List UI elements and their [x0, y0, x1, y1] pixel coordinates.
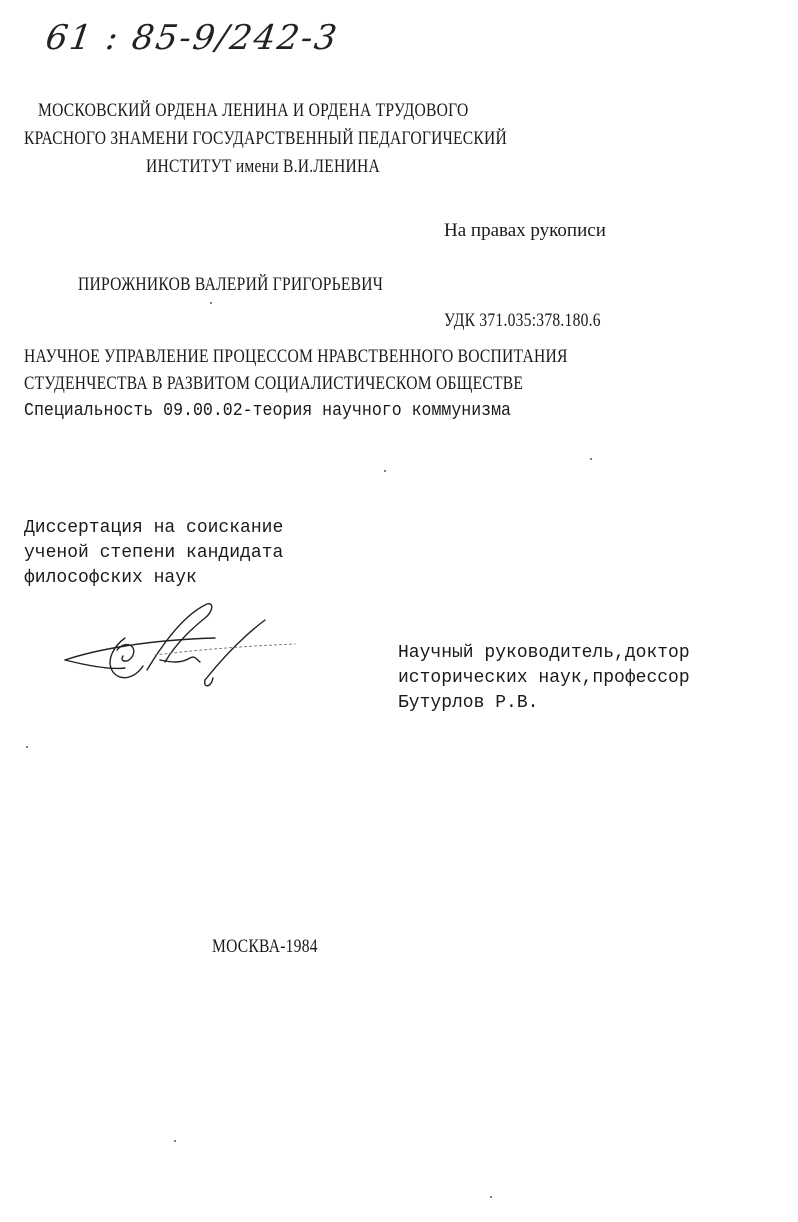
dissertation-line-1: Диссертация на соискание [24, 516, 283, 541]
title-line-2: СТУДЕНЧЕСТВА В РАЗВИТОМ СОЦИАЛИСТИЧЕСКОМ… [24, 373, 523, 395]
archive-code: 61 : 85-9/242-3 [43, 18, 341, 58]
city-year: МОСКВА-1984 [212, 936, 318, 958]
signature-image [55, 600, 315, 700]
scan-speck [384, 470, 386, 472]
scan-speck [174, 1140, 176, 1142]
title-line-1: НАУЧНОЕ УПРАВЛЕНИЕ ПРОЦЕССОМ НРАВСТВЕННО… [24, 346, 568, 368]
institution-line-1: МОСКОВСКИЙ ОРДЕНА ЛЕНИНА И ОРДЕНА ТРУДОВ… [38, 100, 468, 122]
scan-speck [490, 1196, 492, 1198]
dissertation-line-2: ученой степени кандидата [24, 541, 283, 566]
institution-line-2: КРАСНОГО ЗНАМЕНИ ГОСУДАРСТВЕННЫЙ ПЕДАГОГ… [24, 128, 507, 150]
dissertation-line-3: философских наук [24, 566, 283, 591]
supervisor-block: Научный руководитель,доктор исторических… [398, 641, 690, 716]
scan-speck [590, 458, 592, 460]
dissertation-block: Диссертация на соискание ученой степени … [24, 516, 283, 591]
scan-speck [26, 746, 28, 748]
scan-speck [210, 302, 212, 304]
author-name: ПИРОЖНИКОВ ВАЛЕРИЙ ГРИГОРЬЕВИЧ [78, 274, 383, 296]
manuscript-note: На правах рукописи [444, 220, 606, 242]
supervisor-line-1: Научный руководитель,доктор [398, 641, 690, 666]
udc-code: УДК 371.035:378.180.6 [444, 310, 601, 332]
supervisor-line-3: Бутурлов Р.В. [398, 691, 690, 716]
supervisor-line-2: исторических наук,профессор [398, 666, 690, 691]
institution-line-3: ИНСТИТУТ имени В.И.ЛЕНИНА [146, 156, 380, 178]
specialty-line: Специальность 09.00.02-теория научного к… [24, 401, 511, 421]
